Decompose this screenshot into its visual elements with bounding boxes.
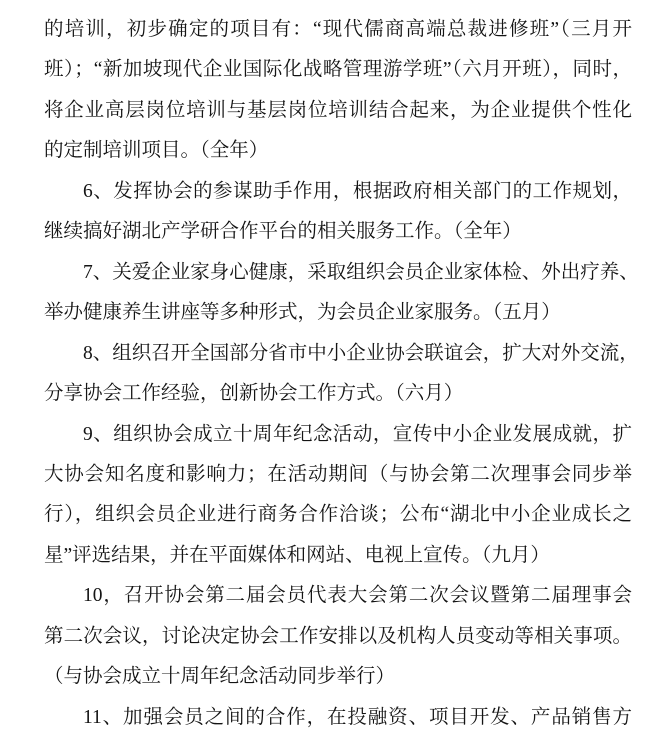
text-line: 第二次会议，讨论决定协会工作安排以及机构人员变动等相关事项。 — [44, 617, 632, 657]
text-line: 的培训，初步确定的项目有：“现代儒商高端总裁进修班”（三月开 — [44, 10, 632, 50]
text-line: 大协会知名度和影响力；在活动期间（与协会第二次理事会同步举 — [44, 455, 632, 495]
text-line: 6、发挥协会的参谋助手作用，根据政府相关部门的工作规划， — [44, 172, 632, 212]
text-line: 星”评选结果，并在平面媒体和网站、电视上宣传。（九月） — [44, 536, 632, 576]
text-line: 分享协会工作经验，创新协会工作方式。（六月） — [44, 374, 632, 414]
text-line: 将企业高层岗位培训与基层岗位培训结合起来，为企业提供个性化 — [44, 91, 632, 131]
document-page: 的培训，初步确定的项目有：“现代儒商高端总裁进修班”（三月开班）；“新加坡现代企… — [0, 0, 667, 754]
text-line: 班）；“新加坡现代企业国际化战略管理游学班”（六月开班），同时， — [44, 50, 632, 90]
text-line: 9、组织协会成立十周年纪念活动，宣传中小企业发展成就，扩 — [44, 415, 632, 455]
text-line: 举办健康养生讲座等多种形式，为会员企业家服务。（五月） — [44, 293, 632, 333]
text-line: 8、组织召开全国部分省市中小企业协会联谊会，扩大对外交流， — [44, 334, 632, 374]
document-body: 的培训，初步确定的项目有：“现代儒商高端总裁进修班”（三月开班）；“新加坡现代企… — [44, 10, 632, 738]
text-line: （与协会成立十周年纪念活动同步举行） — [44, 657, 632, 697]
text-line: 行），组织会员企业进行商务合作洽谈；公布“湖北中小企业成长之 — [44, 495, 632, 535]
text-line: 11、加强会员之间的合作，在投融资、项目开发、产品销售方 — [44, 698, 632, 738]
text-line: 10，召开协会第二届会员代表大会第二次会议暨第二届理事会 — [44, 576, 632, 616]
text-line: 继续搞好湖北产学研合作平台的相关服务工作。（全年） — [44, 212, 632, 252]
text-line: 的定制培训项目。（全年） — [44, 131, 632, 171]
text-line: 7、关爱企业家身心健康，采取组织会员企业家体检、外出疗养、 — [44, 253, 632, 293]
